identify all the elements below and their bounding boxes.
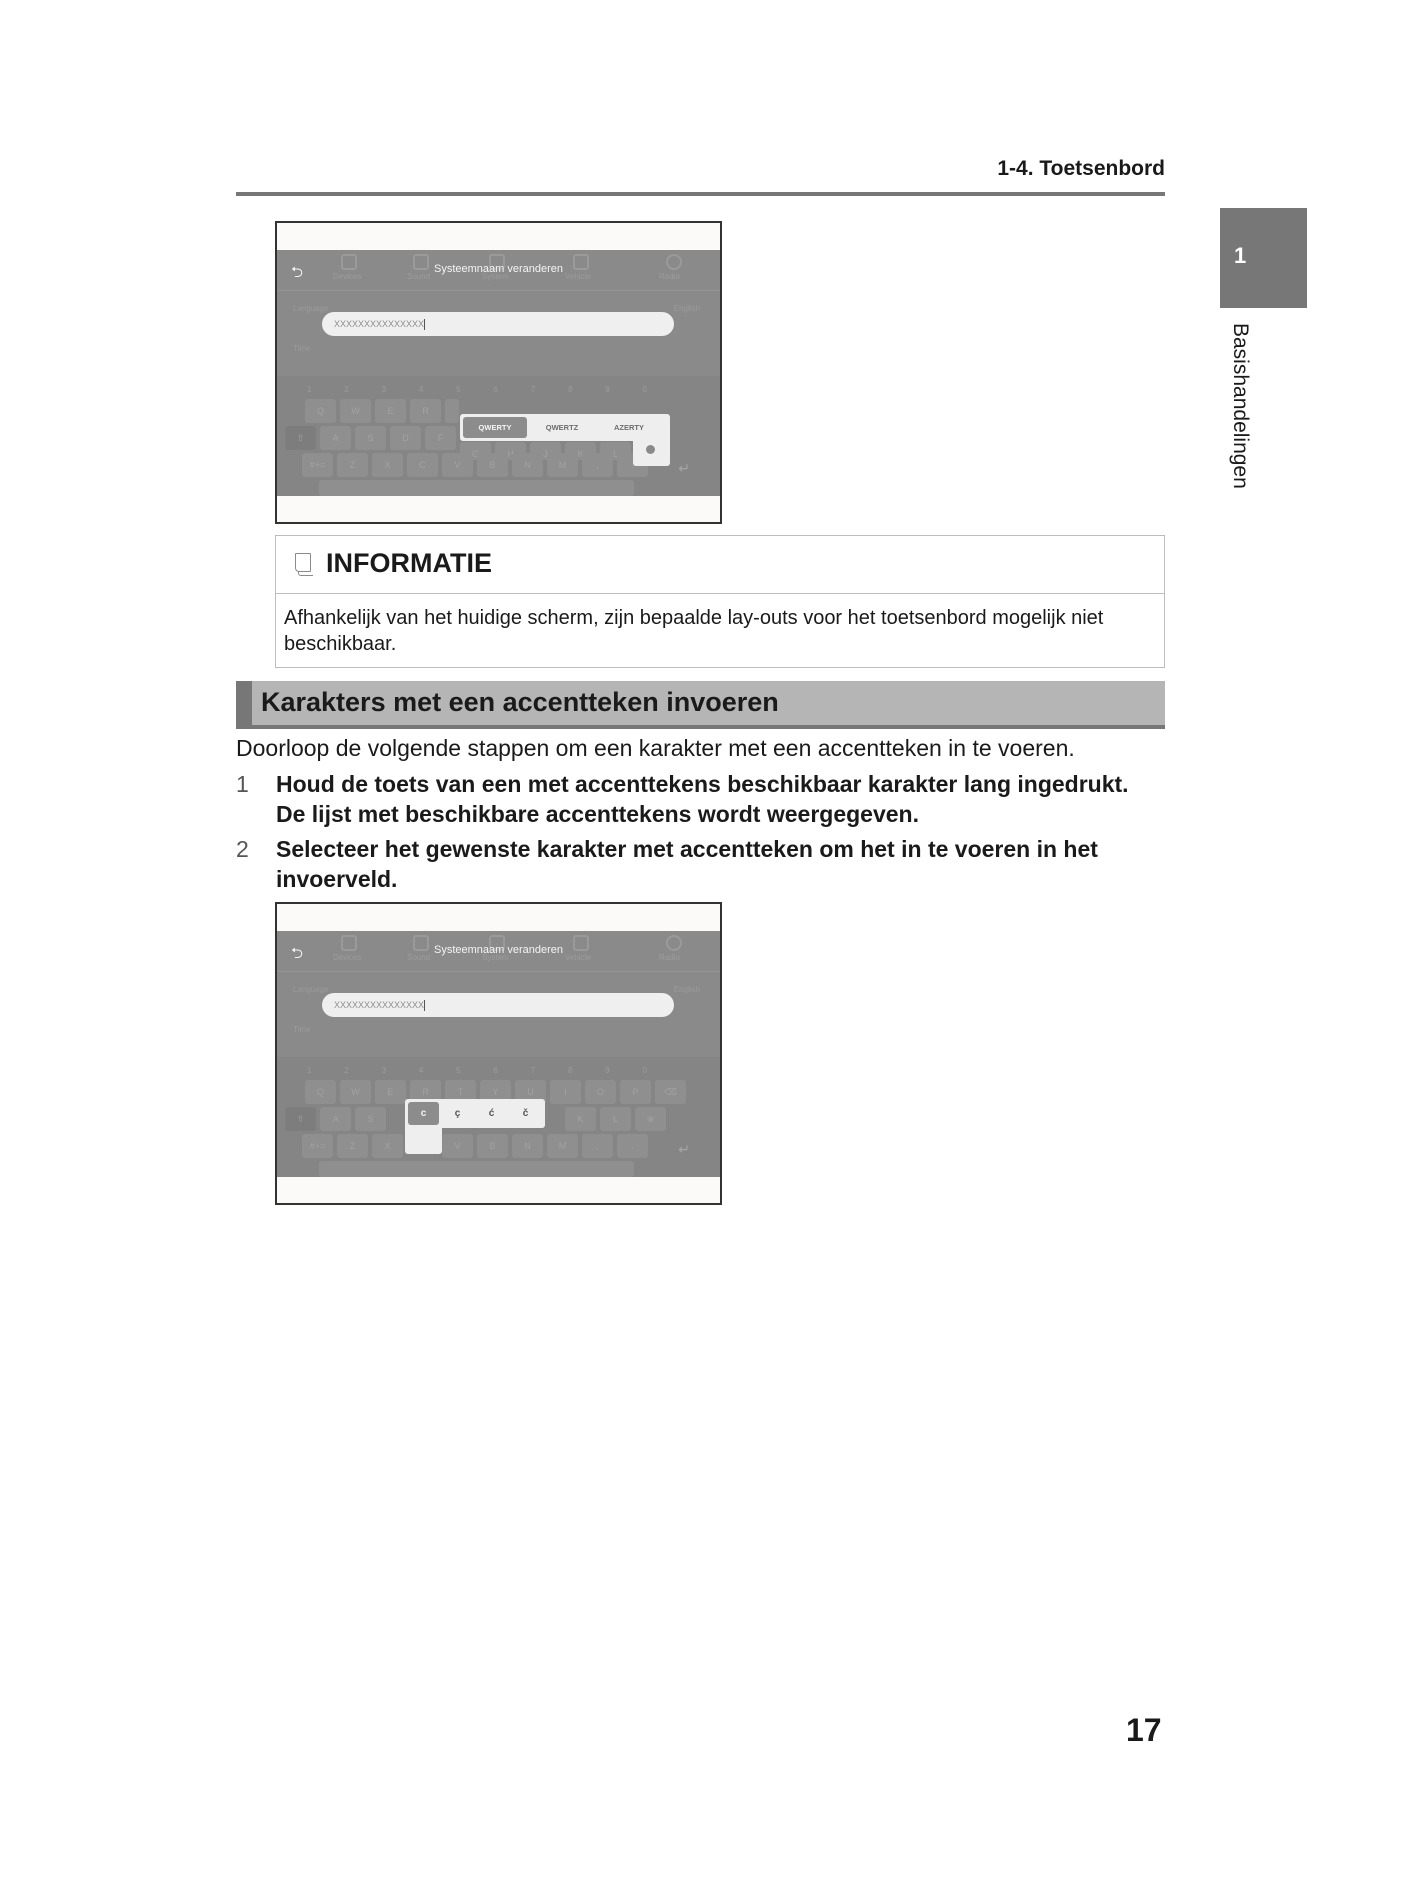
- accent-option-c-cedilla[interactable]: ç: [442, 1102, 473, 1125]
- section-intro: Doorloop de volgende stappen om een kara…: [236, 735, 1075, 762]
- tab-bar: ⮌ Devices Sound System Vehicle Radio Sys…: [277, 250, 720, 291]
- section-heading: Karakters met een accentteken invoeren: [236, 681, 1165, 729]
- dialog-title: Systeemnaam veranderen: [277, 263, 720, 275]
- key-n[interactable]: N: [512, 1134, 543, 1158]
- step-number: 2: [236, 834, 249, 864]
- number-row: 1 2 3 4 5 6 7 8 9 0: [307, 385, 647, 394]
- key-5[interactable]: 5: [456, 1066, 460, 1075]
- accent-option-c[interactable]: c: [408, 1102, 439, 1125]
- key-period[interactable]: .: [617, 1134, 648, 1158]
- key-a[interactable]: A: [320, 1107, 351, 1131]
- row-language: Language: [293, 985, 329, 994]
- accent-popup: c ç ć č: [405, 1099, 545, 1128]
- key-1[interactable]: 1: [307, 385, 311, 394]
- key-x[interactable]: X: [372, 1134, 403, 1158]
- step-1: 1 Houd de toets van een met accenttekens…: [236, 769, 1165, 829]
- key-8[interactable]: 8: [568, 1066, 572, 1075]
- number-row: 1 2 3 4 5 6 7 8 9 0: [307, 1066, 647, 1075]
- header-rule: [236, 192, 1165, 196]
- key-e[interactable]: E: [375, 1080, 406, 1104]
- key-0[interactable]: 0: [643, 385, 647, 394]
- head-unit-screen: ⮌ Devices Sound System Vehicle Radio Sys…: [277, 931, 720, 1177]
- key-space[interactable]: [319, 480, 634, 496]
- running-header: 1-4. Toetsenbord: [997, 157, 1165, 181]
- step-number: 1: [236, 769, 249, 799]
- system-name-input[interactable]: XXXXXXXXXXXXXXX: [322, 993, 674, 1017]
- key-p[interactable]: P: [620, 1080, 651, 1104]
- text-caret: [424, 319, 425, 330]
- system-name-input[interactable]: XXXXXXXXXXXXXXX: [322, 312, 674, 336]
- key-x[interactable]: X: [372, 453, 403, 477]
- text-caret: [424, 1000, 425, 1011]
- screenshot-layout-selection: ⮌ Devices Sound System Vehicle Radio Sys…: [275, 221, 722, 524]
- information-header: INFORMATIE: [276, 536, 1164, 594]
- system-name-value: XXXXXXXXXXXXXXX: [334, 1000, 424, 1010]
- key-3[interactable]: 3: [382, 385, 386, 394]
- key-b[interactable]: B: [477, 1134, 508, 1158]
- key-9[interactable]: 9: [605, 1066, 609, 1075]
- key-7[interactable]: 7: [531, 385, 535, 394]
- step-text: Houd de toets van een met accenttekens b…: [276, 769, 1156, 829]
- book-icon: [295, 553, 311, 572]
- key-symbols[interactable]: #+=: [302, 453, 333, 477]
- screenshot-accent-selection: ⮌ Devices Sound System Vehicle Radio Sys…: [275, 902, 722, 1205]
- key-2[interactable]: 2: [344, 1066, 348, 1075]
- accent-option-c-acute[interactable]: ć: [476, 1102, 507, 1125]
- key-6[interactable]: 6: [493, 1066, 497, 1075]
- key-e[interactable]: E: [375, 399, 406, 423]
- key-3[interactable]: 3: [382, 1066, 386, 1075]
- key-4[interactable]: 4: [419, 1066, 423, 1075]
- key-5[interactable]: 5: [456, 385, 460, 394]
- information-box: INFORMATIE Afhankelijk van het huidige s…: [275, 535, 1165, 668]
- key-s[interactable]: S: [355, 426, 386, 450]
- key-k[interactable]: K: [565, 1107, 596, 1131]
- key-l[interactable]: L: [600, 1107, 631, 1131]
- key-f[interactable]: F: [425, 426, 456, 450]
- globe-icon: [646, 445, 655, 454]
- key-w[interactable]: W: [340, 399, 371, 423]
- row-language-value: English: [674, 304, 700, 313]
- dialog-title: Systeemnaam veranderen: [277, 944, 720, 956]
- row-language: Language: [293, 304, 329, 313]
- key-i[interactable]: I: [550, 1080, 581, 1104]
- key-6[interactable]: 6: [493, 385, 497, 394]
- key-z[interactable]: Z: [337, 1134, 368, 1158]
- row-time: Time: [293, 1025, 310, 1034]
- key-v[interactable]: V: [442, 453, 473, 477]
- key-b[interactable]: B: [477, 453, 508, 477]
- key-d[interactable]: D: [390, 426, 421, 450]
- step-2: 2 Selecteer het gewenste karakter met ac…: [236, 834, 1165, 894]
- layout-popup-globe-key[interactable]: [633, 438, 670, 466]
- key-o[interactable]: O: [585, 1080, 616, 1104]
- key-7[interactable]: 7: [531, 1066, 535, 1075]
- key-globe[interactable]: ⊕: [635, 1107, 666, 1131]
- key-comma[interactable]: ,: [582, 453, 613, 477]
- key-symbols[interactable]: #+=: [302, 1134, 333, 1158]
- chapter-number: 1: [1234, 243, 1246, 269]
- key-1[interactable]: 1: [307, 1066, 311, 1075]
- accent-popup-tail: [405, 1125, 442, 1154]
- page-number: 17: [1126, 1712, 1162, 1749]
- head-unit-screen: ⮌ Devices Sound System Vehicle Radio Sys…: [277, 250, 720, 496]
- key-comma[interactable]: ,: [582, 1134, 613, 1158]
- key-a[interactable]: A: [320, 426, 351, 450]
- layout-popup: QWERTY QWERTZ AZERTY: [460, 414, 670, 441]
- key-0[interactable]: 0: [643, 1066, 647, 1075]
- key-w[interactable]: W: [340, 1080, 371, 1104]
- enter-icon[interactable]: ↵: [678, 1141, 690, 1158]
- layout-option-qwertz[interactable]: QWERTZ: [530, 417, 594, 438]
- key-q[interactable]: Q: [305, 1080, 336, 1104]
- key-shift[interactable]: ⇧: [285, 1107, 316, 1131]
- key-s[interactable]: S: [355, 1107, 386, 1131]
- key-space[interactable]: [319, 1161, 634, 1177]
- chapter-tab: 1: [1220, 208, 1307, 308]
- tab-bar: ⮌ Devices Sound System Vehicle Radio Sys…: [277, 931, 720, 972]
- chapter-label: Basishandelingen: [1222, 323, 1252, 489]
- system-name-value: XXXXXXXXXXXXXXX: [334, 319, 424, 329]
- enter-icon[interactable]: ↵: [678, 460, 690, 477]
- key-c[interactable]: C: [407, 453, 438, 477]
- information-body: Afhankelijk van het huidige scherm, zijn…: [284, 605, 1154, 657]
- key-4[interactable]: 4: [419, 385, 423, 394]
- information-title: INFORMATIE: [326, 548, 492, 579]
- accent-option-c-caron[interactable]: č: [510, 1102, 541, 1125]
- key-9[interactable]: 9: [605, 385, 609, 394]
- row-language-value: English: [674, 985, 700, 994]
- key-v[interactable]: V: [442, 1134, 473, 1158]
- key-2[interactable]: 2: [344, 385, 348, 394]
- section-heading-bar: [236, 681, 252, 725]
- key-t[interactable]: [445, 399, 459, 423]
- key-shift[interactable]: ⇧: [285, 426, 316, 450]
- key-backspace[interactable]: ⌫: [655, 1080, 686, 1104]
- step-text: Selecteer het gewenste karakter met acce…: [276, 834, 1156, 894]
- key-z[interactable]: Z: [337, 453, 368, 477]
- key-m[interactable]: M: [547, 1134, 578, 1158]
- row-time: Time: [293, 344, 310, 353]
- key-8[interactable]: 8: [568, 385, 572, 394]
- key-m[interactable]: M: [547, 453, 578, 477]
- key-r[interactable]: R: [410, 399, 441, 423]
- key-q[interactable]: Q: [305, 399, 336, 423]
- layout-option-azerty[interactable]: AZERTY: [597, 417, 661, 438]
- section-title: Karakters met een accentteken invoeren: [261, 687, 779, 718]
- key-n[interactable]: N: [512, 453, 543, 477]
- layout-option-qwerty[interactable]: QWERTY: [463, 417, 527, 438]
